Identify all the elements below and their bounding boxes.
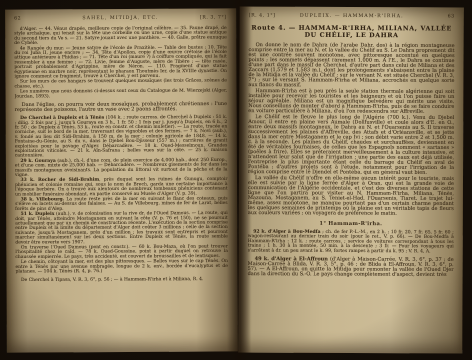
right-route-ref: [R. 4, 1°] <box>249 13 284 19</box>
route-heading: Route 4. — HAMMAM-R'IRHA, MILIANA, VALLÉ… <box>249 24 455 39</box>
paragraph: On donne le nom de Dahra (de l'arabe Dah… <box>248 43 454 89</box>
left-page-inner: 62 SAHEL, MITIDJA, ETC. [R. 3, 7°] d'Alg… <box>14 14 229 346</box>
route-heading-line2: DU CHÉLIF, LE DAHRA <box>249 31 455 39</box>
route-note: 29 k. Gouraya (aub.), ch.-l. d'une com. … <box>15 158 228 178</box>
cross-reference: De Cherchel à Tipasa, V. R. 3, 6°, p. 56… <box>16 277 229 283</box>
rail-note: 92 k. d'Alger à Bou-Medfa ; ch. de fer P… <box>248 230 454 254</box>
route-note: 51 k. Dupleix (aub.), v. de colonisation… <box>15 211 228 245</box>
right-page: [R. 4, 1°] DUPLEIX. — HAMMAM-R'IRHA. 63 … <box>238 7 464 354</box>
museum-note: d'Alger. — 44. Vénus drapée, meilleure c… <box>14 26 227 46</box>
route-note-text: (aub.), v. de colonisation sur la rive d… <box>15 211 228 245</box>
route-note-text: (104 k. ; route carross. de Cherchel à D… <box>15 114 228 158</box>
paragraph: Le Chélif est le fleuve le plus long de … <box>248 115 454 176</box>
paragraph: Hammam-R'irha est à peu près la seule st… <box>248 89 454 115</box>
rail-note-text: ; ch. de fer P.-L.-M., en 2 h. ; 10 fr. … <box>248 229 454 253</box>
right-running-title: DUPLEIX. — HAMMAM-R'IRHA. <box>284 13 420 19</box>
left-page-number: 62 <box>14 15 49 21</box>
museum-note: 4e Rangée du mur. — Jeune satyre de l'éc… <box>14 45 227 79</box>
book-scan: 62 SAHEL, MITIDJA, ETC. [R. 3, 7°] d'Alg… <box>0 0 472 360</box>
route-note: On traverse l'Oued Damous (pont en const… <box>15 244 228 259</box>
route-note: Le chemin, côtoyant la mer, est des plus… <box>15 259 228 274</box>
left-running-header: 62 SAHEL, MITIDJA, ETC. [R. 3, 7°] <box>14 14 227 21</box>
left-route-ref: [R. 3, 7°] <box>192 14 227 20</box>
museum-note: Les numéros que nous donnons ci-dessus s… <box>15 89 228 100</box>
section-subheading: 1° Hammam-R'irha. <box>248 220 454 227</box>
paragraph: La vallée du Chélif n'offre en elle-même… <box>248 176 454 217</box>
left-page-content: 62 SAHEL, MITIDJA, ETC. [R. 3, 7°] d'Alg… <box>14 14 228 282</box>
route-note: De Cherchel à Dupleix et à Ténès (104 k.… <box>15 115 228 158</box>
right-page-inner: [R. 4, 1°] DUPLEIX. — HAMMAM-R'IRHA. 63 … <box>247 13 454 348</box>
route-note: 38 k. Villebourg. La route reste près de… <box>15 196 228 211</box>
right-running-header: [R. 4, 1°] DUPLEIX. — HAMMAM-R'IRHA. 63 <box>249 13 455 19</box>
closing-paragraph: 49 k. d'Alger à El-Affroun (d'Alger à Ma… <box>248 257 454 278</box>
route-note: 33 k. Rocher de Sidi-Brahim, près duquel… <box>15 177 228 197</box>
route-note-text: On traverse l'Oued Damous (pont en const… <box>15 244 228 260</box>
route-note-text: Le chemin, côtoyant la mer, est des plus… <box>15 259 228 275</box>
church-note: Dans l'église, on pourra voir deux mosaï… <box>15 101 228 112</box>
right-page-content: [R. 4, 1°] DUPLEIX. — HAMMAM-R'IRHA. 63 … <box>248 13 455 278</box>
right-page-number: 63 <box>420 13 455 19</box>
left-page: 62 SAHEL, MITIDJA, ETC. [R. 3, 7°] d'Alg… <box>5 8 238 352</box>
left-running-title: SAHEL, MITIDJA, ETC. <box>49 15 192 21</box>
